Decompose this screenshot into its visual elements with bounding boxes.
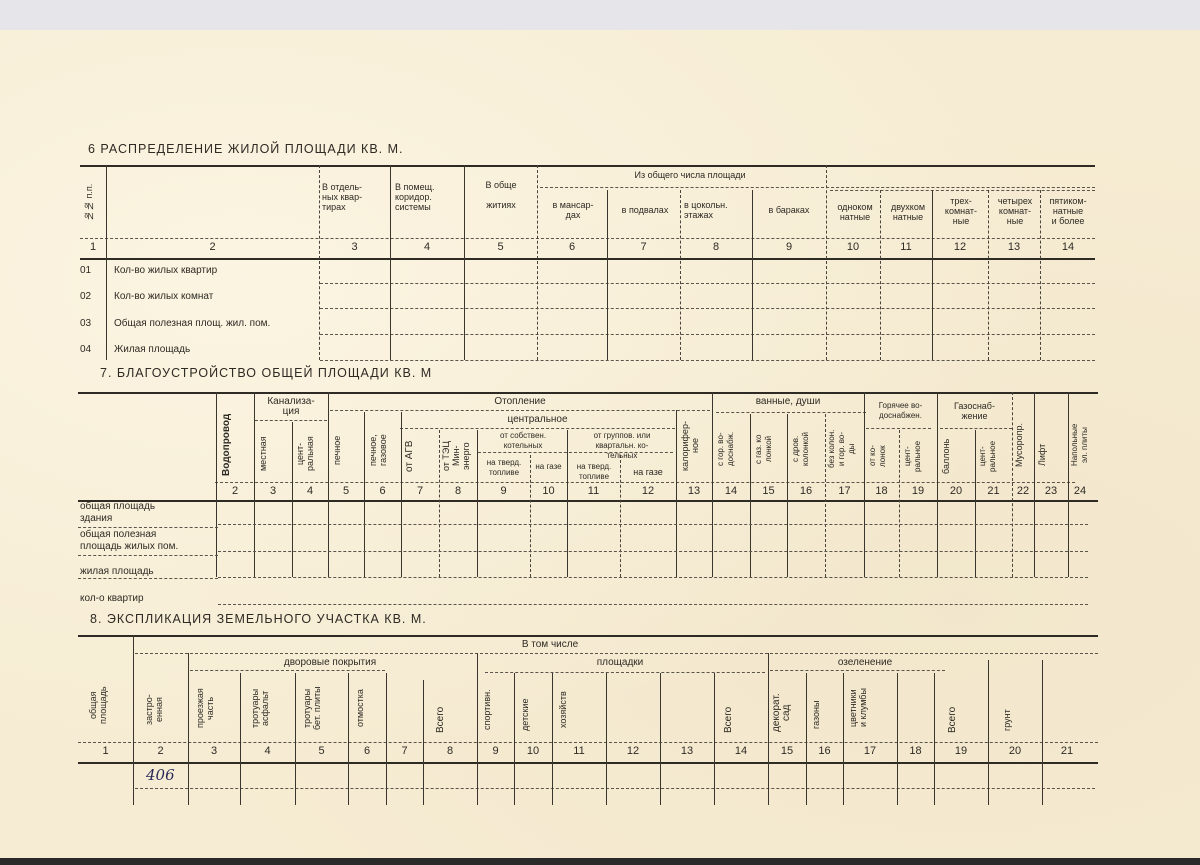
s7-bath-hot: с гор. во- доснабж. (716, 418, 746, 480)
s7-group-solid: на тверд. топливе (568, 462, 620, 482)
s6-col11-header: двухком натные (882, 202, 934, 222)
s7-lift: Лифт (1037, 430, 1065, 480)
s7-hot-from-col: от ко- лонок (868, 432, 898, 480)
s7-garbage: Мусоропр. (1014, 410, 1032, 480)
s8-household: хозяйств (558, 680, 598, 740)
row-label: Кол-во жилых квартир (114, 265, 217, 276)
s7-own-boiler-group: от собствен. котельных (478, 431, 568, 451)
section7-title: 7. БЛАГОУСТРОЙСТВО ОБЩЕЙ ПЛОЩАДИ КВ. М (100, 366, 432, 380)
s7-sewer-group: Канализа- ция (254, 397, 328, 417)
s7-gas-central: цент- ральное (978, 432, 1008, 480)
s8-decor-garden: декорат. сад (772, 686, 804, 740)
s8-sidewalk-concrete: тротуары бет. плиты (302, 676, 344, 740)
s7-hot-water-group: Горячее во- доснабжен. (864, 401, 937, 421)
s7-group-boiler-group: от группов. или квартальн. ко- тельных (568, 431, 676, 461)
section8-title: 8. ЭКСПЛИКАЦИЯ ЗЕМЕЛЬНОГО УЧАСТКА КВ. М. (90, 612, 427, 626)
row-label: Кол-во жилых комнат (114, 291, 213, 302)
scanner-edge (0, 858, 1200, 865)
s7-row-label: общая площадь здания (80, 501, 155, 525)
s7-bath-none: без колон. и гор. во- ды (827, 418, 863, 480)
s8-grounds-group: площадки (520, 658, 720, 668)
s8-sidewalk-asphalt: тротуары асфальт (250, 676, 290, 740)
s8-total-area-header: общая площадь (88, 670, 128, 740)
s8-including-header: В том числе (480, 640, 620, 650)
s6-col13-header: четырех комнат- ные (988, 196, 1042, 226)
s8-built-header: застро- енная (144, 680, 180, 740)
s7-sewer-local: местная (258, 428, 288, 480)
s6-col14-header: пятиком- натные и более (1040, 196, 1096, 226)
s7-group-gas: на газе (620, 467, 676, 477)
s8-driveway: проезжая часть (195, 676, 235, 740)
s8-soil: грунт (1002, 700, 1028, 740)
row-label: Общая полезная площ. жил. пом. (114, 318, 270, 329)
s7-bath-group: ванные, души (712, 397, 864, 407)
s6-col9-header: в бараках (755, 205, 823, 215)
s6-col12-header: трех- комнат- ные (934, 196, 988, 226)
s7-heating-group: Отопление (330, 397, 710, 407)
s7-bath-wood: с дров. колонкой (791, 418, 821, 480)
s6-col8-header: в цокольн. этажах (684, 200, 752, 220)
s7-central-group: центральное (400, 415, 675, 425)
s7-gas-balloon: баллонь (941, 432, 971, 480)
row-code: 04 (80, 344, 91, 355)
s8-lawns: газоны (811, 690, 839, 740)
s6-group-header: Из общего числа площади (560, 170, 820, 180)
s8-green-group: озеленение (790, 658, 940, 668)
s7-bath-gas: с газ. ко лонкой (754, 418, 784, 480)
s8-green-total: Всего (948, 700, 978, 740)
s6-col10-header: одноком натные (829, 202, 881, 222)
s6-col4-header: В помещ. коридор. системы (395, 182, 461, 212)
row-code: 01 (80, 265, 91, 276)
s7-hot-central: цент- ральное (903, 432, 933, 480)
row-code: 02 (80, 291, 91, 302)
s7-sewer-central: цент- ральная (295, 428, 325, 480)
s6-col6-header: в мансар- дах (540, 200, 606, 220)
s7-heating-stove: печное (332, 420, 362, 480)
section6-title: 6 РАСПРЕДЕЛЕНИЕ ЖИЛОЙ ПЛОЩАДИ КВ. М. (88, 142, 404, 156)
s7-caloriferous: калорифер- ное (680, 412, 710, 480)
s6-col7-header: в подвалах (610, 205, 680, 215)
s8-blind-area: отмостка (355, 676, 383, 740)
s8-flowerbeds: цветники и клумбы (848, 676, 892, 740)
row-code: 03 (80, 318, 91, 329)
row-label: Жилая площадь (114, 344, 190, 355)
s6-col5-header: В обще житиях (468, 180, 534, 210)
s8-children: детские (520, 690, 548, 740)
s8-yard-group: дворовые покрытия (190, 658, 470, 668)
s7-own-gas: на газе (530, 462, 567, 472)
s8-grounds-total: Всего (724, 700, 760, 740)
s8-sports: спортивн. (482, 680, 510, 740)
s7-heating-stove-gas: печное, газовое (368, 420, 398, 480)
s7-water-header: Водопровод (222, 410, 248, 480)
s7-row-label: кол-о квартир (80, 593, 144, 604)
s7-gas-group: Газоснаб- жение (937, 401, 1012, 421)
s7-row-label: общая полезная площадь жилых пом. (80, 529, 178, 553)
s8-yard-total: Всего (436, 700, 466, 740)
s6-col3-header: В отдель- ных квар- тирах (322, 182, 388, 212)
s7-row-label: жилая площадь (80, 566, 154, 577)
s7-from-agv: от АГВ (405, 432, 435, 480)
s6-col1-header: №№ п.п. (84, 172, 98, 232)
s7-from-tec: от ТЭЦ Мин- энерго (441, 432, 475, 480)
s7-own-solid: на тверд. топливе (478, 458, 530, 478)
s8-built-value: 406 (146, 766, 175, 784)
s7-floor-stoves: Напольные эл. плиты (1070, 410, 1098, 480)
